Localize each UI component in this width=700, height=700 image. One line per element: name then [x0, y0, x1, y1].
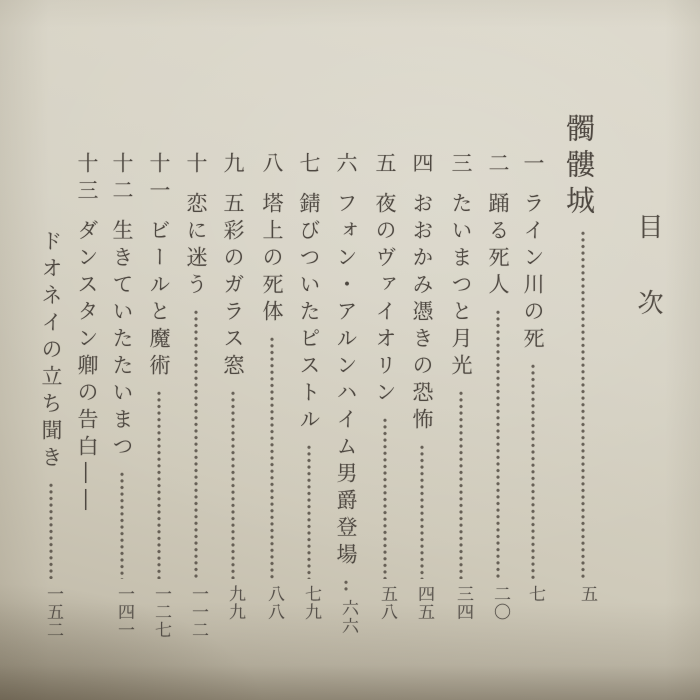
- toc-entry-chapter-6: 六 フォン・アルンハイム男爵登場 六六: [331, 152, 361, 657]
- page-number: 六六: [331, 597, 361, 671]
- chapter-title: フォン・アルンハイム男爵登場: [331, 192, 361, 570]
- chapter-title: ライン川の死: [518, 192, 548, 354]
- toc-entry-chapter-11: 十一 ビールと魔術 一二七: [144, 152, 174, 657]
- dotted-leader: [407, 444, 437, 579]
- book-title: 髑髏城: [566, 113, 600, 221]
- page-number: 四五: [407, 583, 437, 657]
- dotted-leader: [331, 579, 361, 593]
- chapter-number: 八: [257, 152, 287, 179]
- dotted-leader: [518, 363, 548, 579]
- toc-entry-chapter-2: 二 踊る死人 二〇: [483, 152, 513, 657]
- dotted-leader: [36, 482, 66, 579]
- page-number: 一二七: [144, 583, 174, 657]
- page-number: 五八: [370, 583, 400, 657]
- toc-entry-chapter-13-wrap: ドオネイの立ち聞き 一五二: [36, 230, 66, 657]
- dotted-leader: [566, 230, 600, 579]
- chapter-number: 五: [370, 152, 400, 179]
- book-toc-page-photo: 目次 髑髏城 五 一 ライン川の死 七 二 踊る死人 二〇 三 たいまつと月光 …: [0, 0, 700, 700]
- chapter-title: 錆びついたピストル: [294, 192, 324, 435]
- page-number: 一一二: [181, 583, 211, 657]
- chapter-title: 夜のヴァイオリン: [370, 192, 400, 408]
- dotted-leader: [370, 417, 400, 579]
- chapter-number: 四: [407, 152, 437, 179]
- page-number: 七九: [294, 583, 324, 657]
- chapter-title-continuation: ドオネイの立ち聞き: [36, 230, 66, 473]
- chapter-number: 一: [518, 152, 548, 179]
- chapter-title: 塔上の死体: [257, 192, 287, 327]
- toc-entry-chapter-3: 三 たいまつと月光 三四: [446, 152, 476, 657]
- toc-entry-chapter-4: 四 おおかみ憑きの恐怖 四五: [407, 152, 437, 657]
- toc-entry-chapter-13: 十三 ダンスタン卿の告白――: [72, 152, 102, 657]
- dotted-leader: [446, 390, 476, 579]
- chapter-number: 十三: [72, 152, 102, 206]
- page-number: 八八: [257, 583, 287, 657]
- toc-entry-chapter-10: 十 恋に迷う 一一二: [181, 152, 211, 657]
- chapter-title: 五彩のガラス窓: [218, 192, 248, 381]
- toc-entry-chapter-5: 五 夜のヴァイオリン 五八: [370, 152, 400, 657]
- toc-book-title-entry: 髑髏城 五: [566, 113, 600, 657]
- chapter-number: 十一: [144, 152, 174, 206]
- toc-entry-chapter-1: 一 ライン川の死 七: [518, 152, 548, 657]
- chapter-title: ビールと魔術: [144, 219, 174, 381]
- page-number: 五: [566, 583, 600, 657]
- dotted-leader: [218, 390, 248, 579]
- chapter-number: 三: [446, 152, 476, 179]
- page-number: 二〇: [483, 583, 513, 657]
- chapter-title: ダンスタン卿の告白――: [72, 219, 102, 516]
- chapter-number: 十: [181, 152, 211, 179]
- toc-entry-chapter-7: 七 錆びついたピストル 七九: [294, 152, 324, 657]
- chapter-number: 十二: [107, 152, 137, 206]
- dotted-leader: [483, 309, 513, 579]
- chapter-number: 七: [294, 152, 324, 179]
- dotted-leader: [257, 336, 287, 579]
- dotted-leader: [294, 444, 324, 579]
- chapter-title: 生きていたたいまつ: [107, 219, 137, 462]
- dotted-leader: [107, 471, 137, 579]
- toc-entry-chapter-8: 八 塔上の死体 八八: [257, 152, 287, 657]
- chapter-number: 二: [483, 152, 513, 179]
- chapter-title: たいまつと月光: [446, 192, 476, 381]
- chapter-title: 踊る死人: [483, 192, 513, 300]
- page-number: 九九: [218, 583, 248, 657]
- chapter-title: 恋に迷う: [181, 192, 211, 300]
- toc-entry-chapter-12: 十二 生きていたたいまつ 一四一: [107, 152, 137, 657]
- toc-entry-chapter-9: 九 五彩のガラス窓 九九: [218, 152, 248, 657]
- page-number: 一四一: [107, 583, 137, 657]
- page-number: 七: [518, 583, 548, 657]
- dotted-leader: [144, 390, 174, 579]
- toc-heading: 目次: [633, 213, 667, 393]
- chapter-number: 六: [331, 152, 361, 179]
- dotted-leader: [181, 309, 211, 579]
- page-number: 一五二: [36, 583, 66, 657]
- page-number: 三四: [446, 583, 476, 657]
- chapter-number: 九: [218, 152, 248, 179]
- chapter-title: おおかみ憑きの恐怖: [407, 192, 437, 435]
